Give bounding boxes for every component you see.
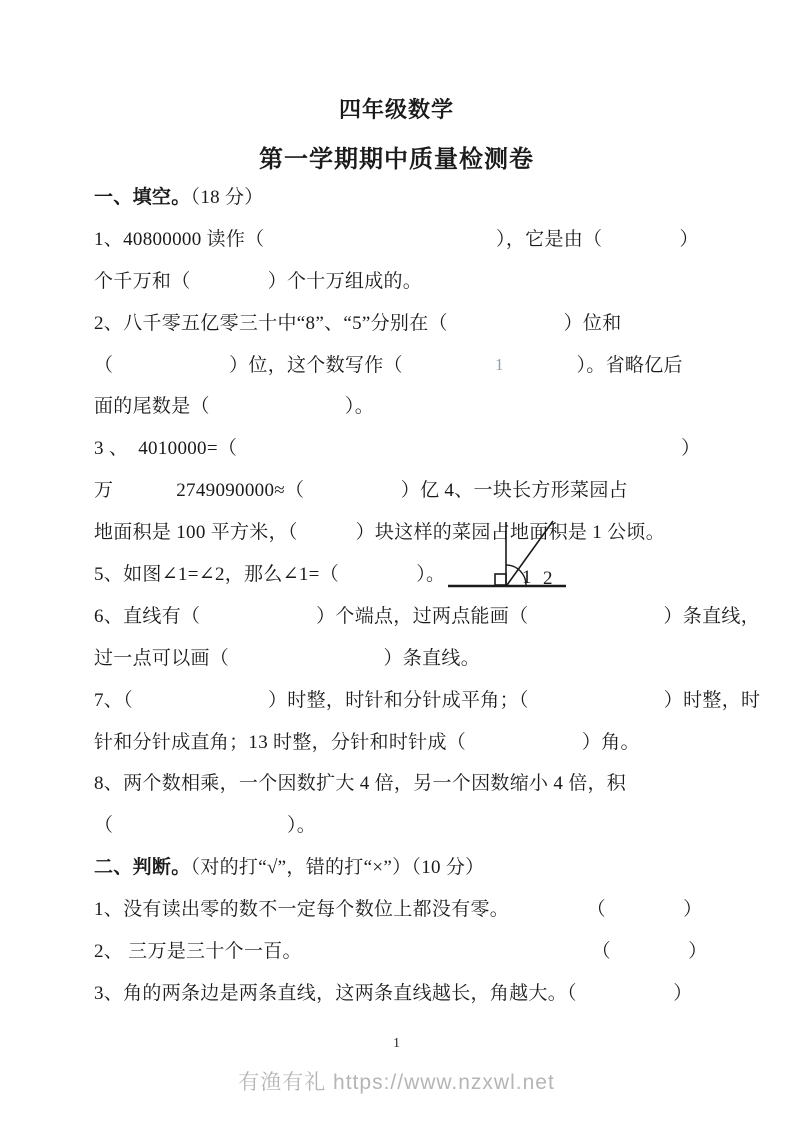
section-judge-points: （对的打“√”，错的打“×”）（10 分） [191, 857, 485, 878]
section-fill-in-points: （18 分） [191, 187, 264, 208]
section-fill-in-heading: 一、填空。（18 分） [94, 177, 734, 219]
stray-pencil-mark: 1 [495, 354, 504, 376]
question-2-line-1: 2、八千零五亿零三十中“8”、“5”分别在（ ）位和 [94, 303, 734, 345]
section-fill-in-title: 一、填空。 [94, 187, 191, 208]
angle-label-1: 1 [522, 567, 532, 588]
exam-page: 四年级数学 第一学期期中质量检测卷 一、填空。（18 分） 1、40800000… [0, 0, 793, 1122]
section-judge-heading: 二、判断。（对的打“√”，错的打“×”）（10 分） [94, 847, 734, 889]
question-2-line-3: 面的尾数是（ ）。 [94, 386, 734, 428]
question-3-4-line: 万 2749090000≈（ ）亿 4、一块长方形菜园占 [94, 470, 734, 512]
question-1-line-1: 1、40800000 读作（ ），它是由（ ） [94, 219, 734, 261]
question-7-line-1: 7、（ ）时整，时针和分针成平角；（ ）时整，时 [94, 680, 734, 722]
right-angle-mark [495, 574, 506, 585]
page-title: 四年级数学 [0, 93, 793, 124]
judge-3-line: 3、角的两条边是两条直线，这两条直线越长，角越大。（ ） [94, 973, 734, 1015]
page-subtitle: 第一学期期中质量检测卷 [0, 139, 793, 174]
page-number: 1 [0, 1036, 793, 1052]
watermark-text: 有渔有礼 https://www.nzxwl.net [0, 1066, 793, 1096]
question-4-line-2: 地面积是 100 平方米，（ ）块这样的菜园占地面积是 1 公顷。 [94, 512, 734, 554]
question-7-line-2: 针和分针成直角；13 时整，分针和时针成（ ）角。 [94, 722, 734, 764]
angle-label-2: 2 [543, 568, 553, 589]
question-8-line-2: （ ）。 [94, 805, 734, 847]
question-8-line-1: 8、两个数相乘，一个因数扩大 4 倍，另一个因数缩小 4 倍，积 [94, 763, 734, 805]
question-5-line: 5、如图∠1=∠2，那么∠1=（ ）。 [94, 554, 734, 596]
judge-2-line: 2、 三万是三十个一百。 （ ） [94, 931, 734, 973]
judge-1-line: 1、没有读出零的数不一定每个数位上都没有零。 （ ） [94, 889, 734, 931]
question-2-line-2: （ ）位，这个数写作（ ）。省略亿后 [94, 345, 734, 387]
question-3-line-1: 3 、 4010000=（ ） [94, 428, 734, 470]
question-6-line-1: 6、直线有（ ）个端点，过两点能画（ ）条直线， [94, 596, 734, 638]
question-6-line-2: 过一点可以画（ ）条直线。 [94, 638, 734, 680]
question-1-line-2: 个千万和（ ）个十万组成的。 [94, 261, 734, 303]
angle-diagram: 1 2 [440, 502, 580, 597]
exam-body: 一、填空。（18 分） 1、40800000 读作（ ），它是由（ ） 个千万和… [94, 177, 734, 1015]
section-judge-title: 二、判断。 [94, 857, 191, 878]
